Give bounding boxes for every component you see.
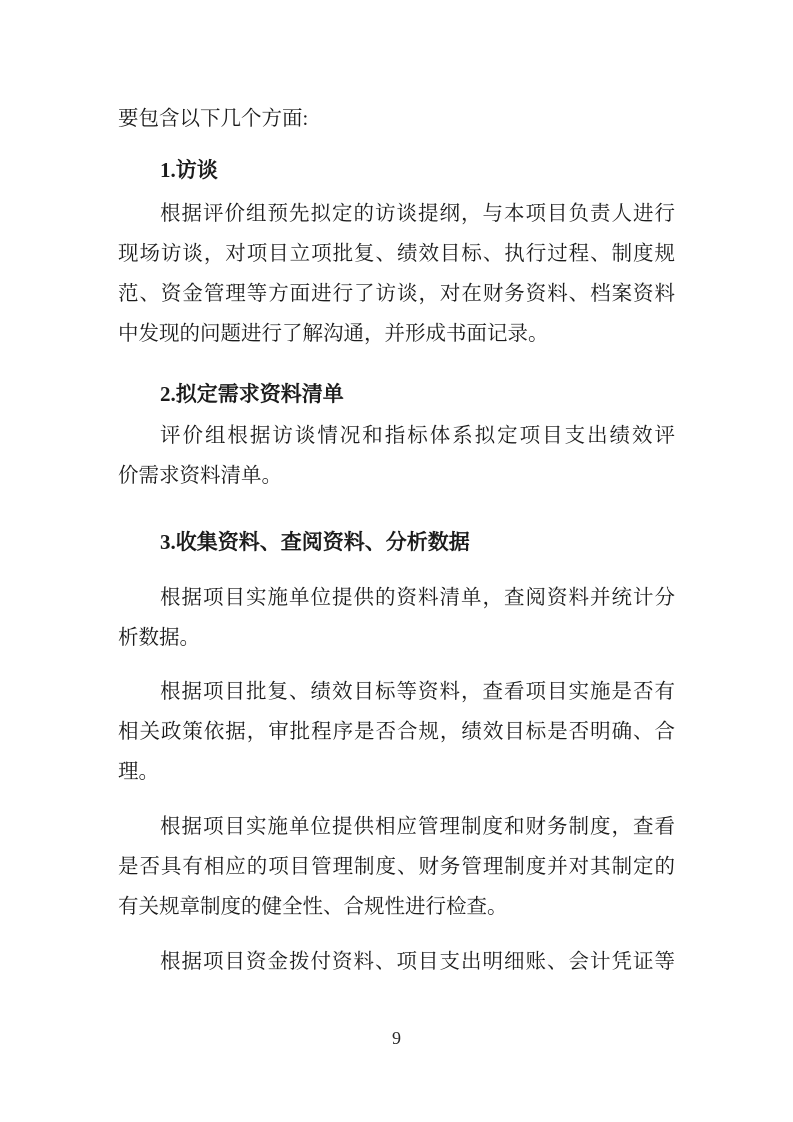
document-content: 要包含以下几个方面: 1.访谈 根据评价组预先拟定的访谈提纲，与本项目负责人进行… xyxy=(118,99,675,982)
section-3-paragraph-1: 根据项目实施单位提供的资料清单，查阅资料并统计分 析数据。 xyxy=(118,578,675,658)
text-line: 析数据。 xyxy=(118,618,675,658)
text-line: 价需求资料清单。 xyxy=(118,456,675,496)
section-1-paragraph-1: 根据评价组预先拟定的访谈提纲，与本项目负责人进行 现场访谈，对项目立项批复、绩效… xyxy=(118,194,675,354)
text-line: 范、资金管理等方面进行了访谈，对在财务资料、档案资料 xyxy=(118,274,675,314)
text-line: 要包含以下几个方面: xyxy=(118,99,675,139)
page-number: 9 xyxy=(0,1026,793,1050)
section-2-paragraph-1: 评价组根据访谈情况和指标体系拟定项目支出绩效评 价需求资料清单。 xyxy=(118,416,675,496)
text-line: 根据项目实施单位提供的资料清单，查阅资料并统计分 xyxy=(118,578,675,618)
text-line: 根据项目实施单位提供相应管理制度和财务制度，查看 xyxy=(118,807,675,847)
text-line: 理。 xyxy=(118,752,675,792)
text-line: 是否具有相应的项目管理制度、财务管理制度并对其制定的 xyxy=(118,847,675,887)
section-3-heading: 3.收集资料、查阅资料、分析数据 xyxy=(118,522,675,562)
document-page: 要包含以下几个方面: 1.访谈 根据评价组预先拟定的访谈提纲，与本项目负责人进行… xyxy=(0,0,793,1122)
text-line: 根据项目批复、绩效目标等资料，查看项目实施是否有 xyxy=(118,672,675,712)
section-1-heading: 1.访谈 xyxy=(118,150,675,190)
text-line: 根据评价组预先拟定的访谈提纲，与本项目负责人进行 xyxy=(118,194,675,234)
intro-paragraph: 要包含以下几个方面: xyxy=(118,99,675,139)
section-3-paragraph-2: 根据项目批复、绩效目标等资料，查看项目实施是否有 相关政策依据，审批程序是否合规… xyxy=(118,672,675,792)
text-line: 根据项目资金拨付资料、项目支出明细账、会计凭证等 xyxy=(118,942,675,982)
text-line: 相关政策依据，审批程序是否合规，绩效目标是否明确、合 xyxy=(118,712,675,752)
text-line: 有关规章制度的健全性、合规性进行检查。 xyxy=(118,887,675,927)
section-3-paragraph-4: 根据项目资金拨付资料、项目支出明细账、会计凭证等 xyxy=(118,942,675,982)
text-line: 现场访谈，对项目立项批复、绩效目标、执行过程、制度规 xyxy=(118,234,675,274)
text-line: 评价组根据访谈情况和指标体系拟定项目支出绩效评 xyxy=(118,416,675,456)
section-3-paragraph-3: 根据项目实施单位提供相应管理制度和财务制度，查看 是否具有相应的项目管理制度、财… xyxy=(118,807,675,927)
section-2-heading: 2.拟定需求资料清单 xyxy=(118,374,675,414)
text-line: 中发现的问题进行了解沟通，并形成书面记录。 xyxy=(118,314,675,354)
